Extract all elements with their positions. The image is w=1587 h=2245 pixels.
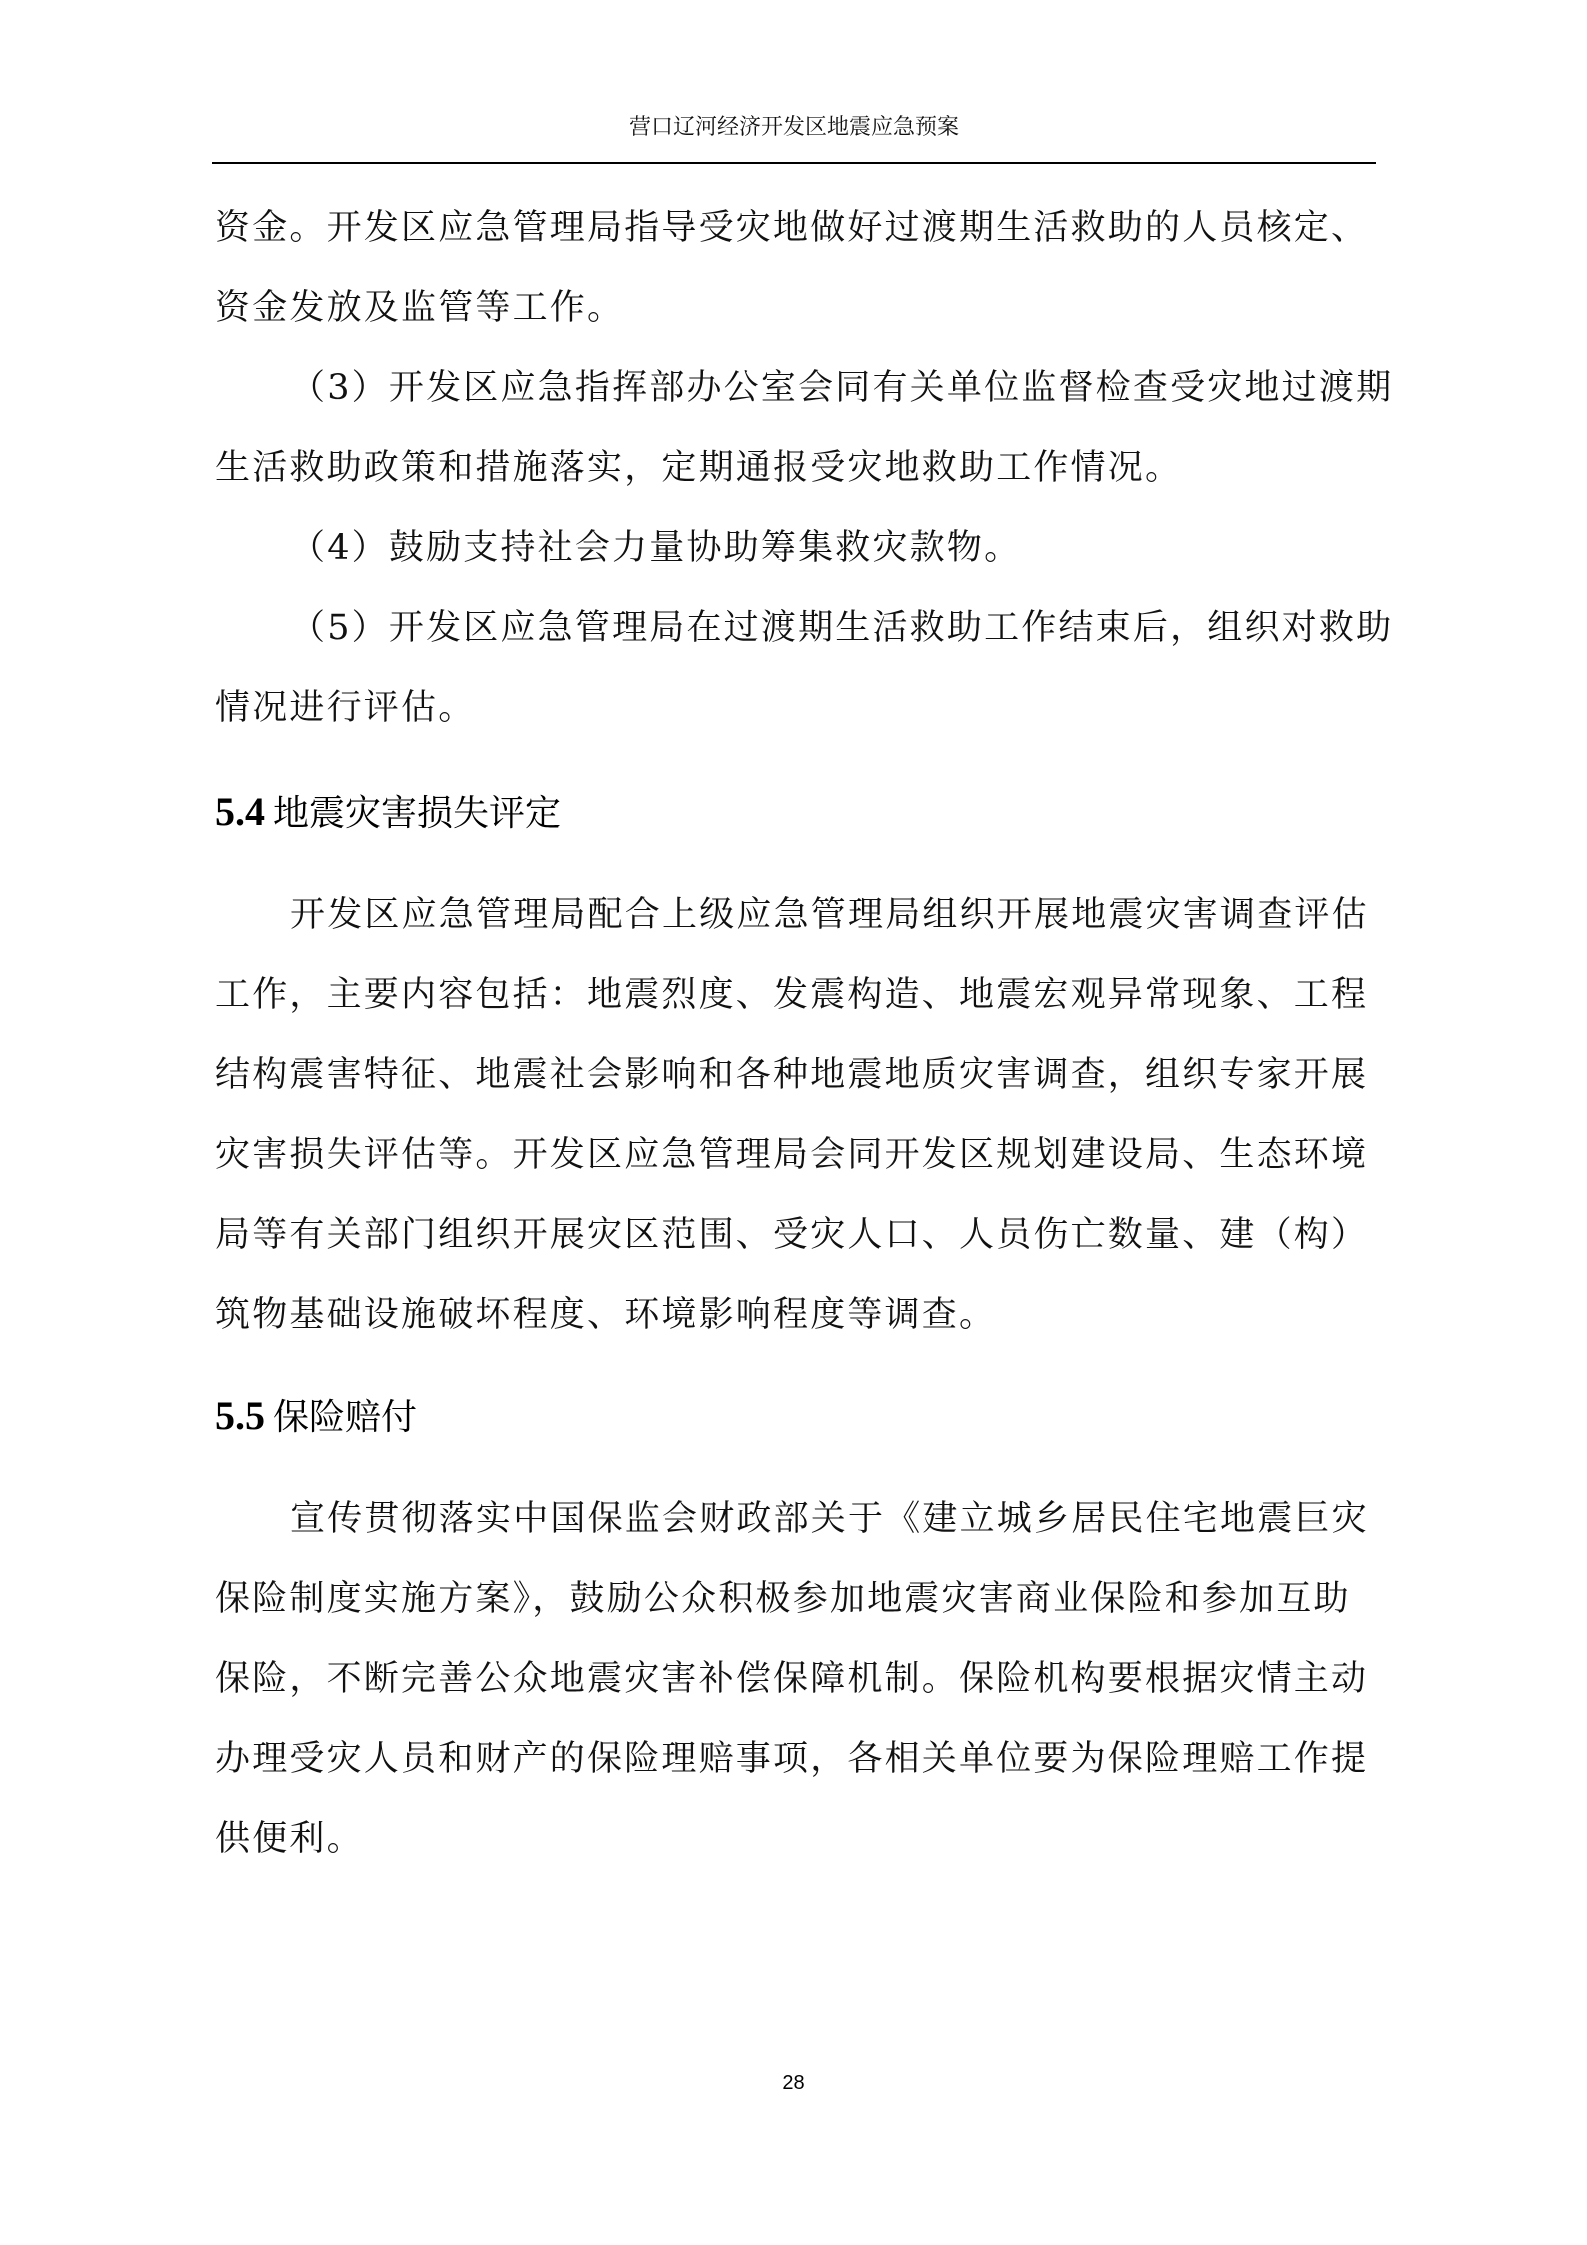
paragraph-line: 供便利。	[215, 1817, 1380, 1861]
list-item-3-line: （3）开发区应急指挥部办公室会同有关单位监督检查受灾地过渡期	[290, 366, 1380, 410]
list-item-4-line: （4）鼓励支持社会力量协助筹集救灾款物。	[290, 526, 1380, 570]
paragraph-line: 办理受灾人员和财产的保险理赔事项，各相关单位要为保险理赔工作提	[215, 1737, 1380, 1781]
running-header: 营口辽河经济开发区地震应急预案	[212, 112, 1376, 144]
paragraph-line: 局等有关部门组织开展灾区范围、受灾人口、人员伤亡数量、建（构）	[215, 1213, 1380, 1257]
section-number: 5.4	[215, 789, 265, 834]
list-item-5-line: 情况进行评估。	[215, 686, 1380, 730]
page-number: 28	[0, 2068, 1587, 2098]
list-item-5-line: （5）开发区应急管理局在过渡期生活救助工作结束后，组织对救助	[290, 606, 1380, 650]
document-page: 营口辽河经济开发区地震应急预案 资金。开发区应急管理局指导受灾地做好过渡期生活救…	[0, 0, 1587, 2245]
paragraph-line: 资金。开发区应急管理局指导受灾地做好过渡期生活救助的人员核定、	[215, 206, 1380, 250]
paragraph-line: 结构震害特征、地震社会影响和各种地震地质灾害调查，组织专家开展	[215, 1053, 1380, 1097]
paragraph-line: 工作，主要内容包括：地震烈度、发震构造、地震宏观异常现象、工程	[215, 973, 1380, 1017]
list-item-3-line: 生活救助政策和措施落实，定期通报受灾地救助工作情况。	[215, 446, 1380, 490]
section-title: 保险赔付	[273, 1397, 417, 1438]
section-title: 地震灾害损失评定	[273, 793, 561, 834]
paragraph-line: 筑物基础设施破坏程度、环境影响程度等调查。	[215, 1293, 1380, 1337]
section-number: 5.5	[215, 1393, 265, 1438]
paragraph-line: 开发区应急管理局配合上级应急管理局组织开展地震灾害调查评估	[290, 893, 1380, 937]
paragraph-line: 保险制度实施方案》，鼓励公众积极参加地震灾害商业保险和参加互助	[215, 1577, 1380, 1621]
paragraph-line: 保险，不断完善公众地震灾害补偿保障机制。保险机构要根据灾情主动	[215, 1657, 1380, 1701]
paragraph-line: 资金发放及监管等工作。	[215, 286, 1380, 330]
paragraph-line: 宣传贯彻落实中国保监会财政部关于《建立城乡居民住宅地震巨灾	[290, 1497, 1380, 1541]
section-heading-5-4: 5.4地震灾害损失评定	[215, 788, 561, 836]
paragraph-line: 灾害损失评估等。开发区应急管理局会同开发区规划建设局、生态环境	[215, 1133, 1380, 1177]
section-heading-5-5: 5.5保险赔付	[215, 1392, 417, 1440]
header-divider	[212, 162, 1376, 164]
